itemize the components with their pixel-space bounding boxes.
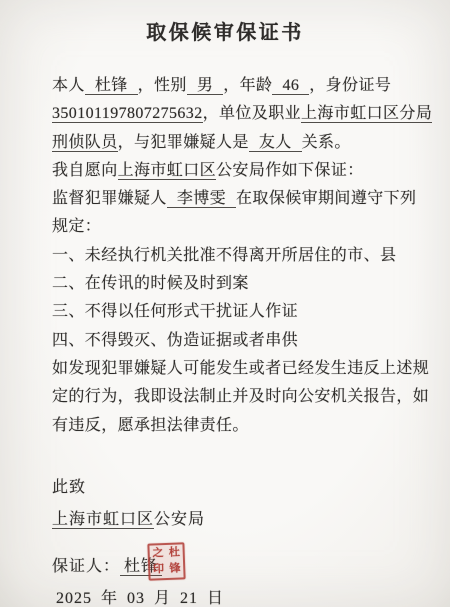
rule-line-1: 一、未经执行机关批准不得离开所居住的市、县 [52, 242, 424, 270]
text-segment: 在取保候审期间遵守下列 [236, 190, 416, 207]
text-segment: 四、不得毁灭、伪造证据或者串供 [52, 332, 298, 349]
filled-blank-gender: 男 [187, 77, 223, 95]
filled-blank-occupation: 刑侦队员 [52, 134, 118, 152]
recipient-line: 上海市虹口区公安局 [52, 506, 205, 529]
text-segment: 监督犯罪嫌疑人 [52, 190, 167, 207]
text-segment: ，单位及职业 [203, 105, 301, 122]
text-segment: 定的行为，我即设法制止并及时向公安机关报告，如 [52, 388, 429, 405]
text-segment: 二、在传讯的时候及时到案 [52, 275, 249, 292]
recipient-authority-rest: 公安局 [154, 511, 205, 528]
date-line: 2025 年 03 月 21 日 [52, 585, 224, 607]
filled-blank-id-number: 350101197807275632 [52, 105, 203, 123]
text-segment: ，性别 [138, 77, 187, 94]
filled-blank-relation: 友人 [249, 134, 302, 152]
date-day: 21 [176, 590, 202, 607]
body-line-obligation-3: 有违反，愿承担法律责任。 [52, 412, 424, 440]
text-segment: ，与犯罪嫌疑人是 [118, 134, 249, 151]
body-line-pledge-intro: 我自愿向上海市虹口区公安局作如下保证： [52, 157, 424, 185]
guarantor-label: 保证人： [52, 558, 120, 575]
text-segment: 本人 [52, 77, 85, 94]
body-line-personal-info: 本人杜锋，性别男，年龄46，身份证号 [52, 72, 424, 100]
rule-line-4: 四、不得毁灭、伪造证据或者串供 [52, 327, 424, 355]
date-year-label: 年 [96, 590, 123, 607]
filled-blank-age: 46 [272, 77, 309, 95]
date-year: 2025 [52, 590, 96, 607]
text-segment: 我自愿向 [52, 162, 118, 179]
red-name-seal: 之杜印锋 [147, 542, 185, 580]
document-body: 本人杜锋，性别男，年龄46，身份证号 350101197807275632，单位… [52, 72, 424, 440]
date-month-label: 月 [149, 590, 176, 607]
recipient-authority-underlined: 上海市虹口区 [52, 511, 154, 529]
text-segment: 规定： [52, 218, 101, 235]
body-line-obligation-1: 如发现犯罪嫌疑人可能发生或者已经发生违反上述规 [52, 355, 424, 383]
text-segment: 公安局作如下保证： [216, 162, 364, 179]
text-segment: 有违反，愿承担法律责任。 [52, 417, 249, 434]
text-segment: 一、未经执行机关批准不得离开所居住的市、县 [52, 247, 396, 264]
text-segment: 三、不得以任何形式干扰证人作证 [52, 303, 298, 320]
rule-line-3: 三、不得以任何形式干扰证人作证 [52, 298, 424, 326]
seal-char: 之 [149, 546, 166, 562]
date-month: 03 [123, 590, 149, 607]
filled-blank-employer: 上海市虹口区分局 [301, 105, 432, 123]
bail-guarantee-document: 取保候审保证书 本人杜锋，性别男，年龄46，身份证号 3501011978072… [0, 0, 450, 607]
seal-char: 印 [150, 562, 167, 578]
text-segment: ，年龄 [223, 77, 272, 94]
text-segment: 关系。 [302, 134, 351, 151]
filled-blank-authority: 上海市虹口区 [118, 162, 216, 180]
seal-char: 锋 [167, 562, 184, 578]
body-line-occupation-relation: 刑侦队员，与犯罪嫌疑人是友人关系。 [52, 129, 424, 157]
document-title: 取保候审保证书 [0, 16, 450, 45]
guarantor-signature-line: 保证人：杜锋 [52, 553, 162, 576]
filled-blank-name: 杜锋 [85, 77, 138, 95]
body-line-obligation-2: 定的行为，我即设法制止并及时向公安机关报告，如 [52, 383, 424, 411]
body-line-id-and-employer: 350101197807275632，单位及职业上海市虹口区分局 [52, 100, 424, 128]
filled-blank-suspect-name: 李博雯 [167, 190, 236, 208]
body-line-suspect: 监督犯罪嫌疑人李博雯在取保候审期间遵守下列 [52, 185, 424, 213]
seal-char: 杜 [166, 545, 183, 561]
text-segment: 如发现犯罪嫌疑人可能发生或者已经发生违反上述规 [52, 360, 429, 377]
body-line-rules-label: 规定： [52, 213, 424, 241]
date-day-label: 日 [202, 590, 224, 607]
salutation: 此致 [52, 474, 86, 497]
text-segment: ，身份证号 [309, 77, 391, 94]
rule-line-2: 二、在传讯的时候及时到案 [52, 270, 424, 298]
